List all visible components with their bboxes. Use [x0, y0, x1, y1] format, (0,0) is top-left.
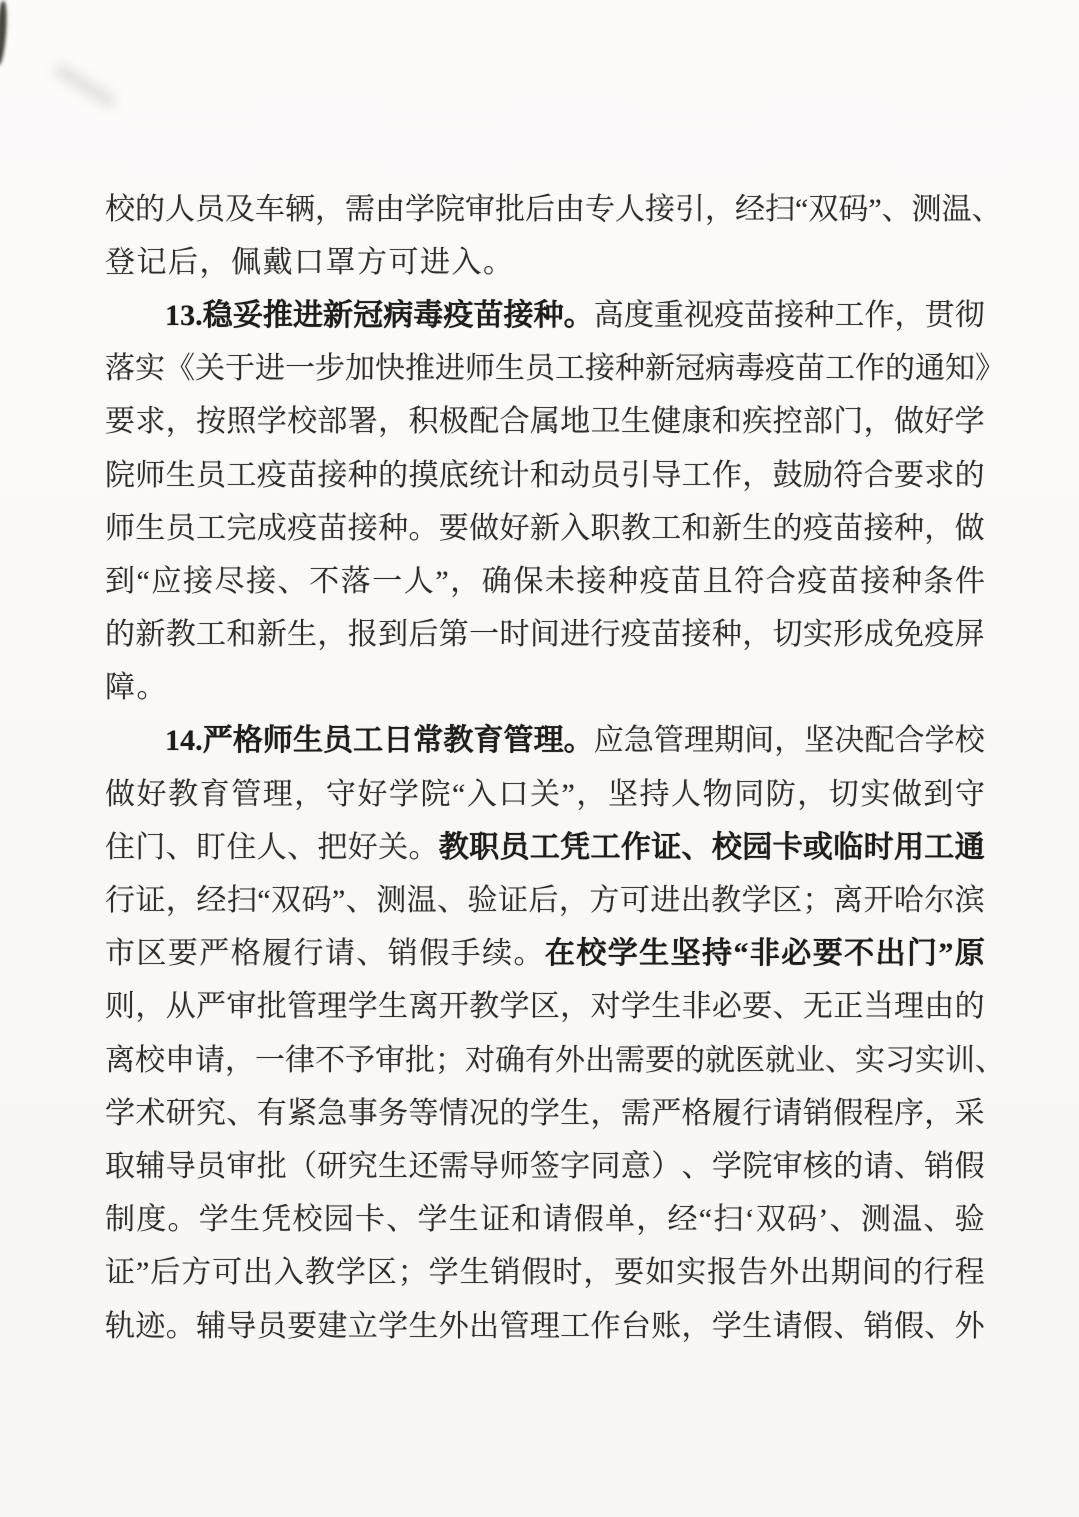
char: 、 — [682, 833, 712, 863]
char: 实 — [135, 354, 165, 384]
char: 务 — [378, 1099, 408, 1129]
char: 合 — [766, 567, 796, 597]
char: 学 — [199, 1205, 229, 1235]
char: 第 — [439, 620, 469, 650]
char: ， — [705, 195, 735, 225]
char: 行 — [294, 939, 324, 969]
char: 《 — [165, 354, 195, 384]
char: 批 — [257, 992, 287, 1022]
char: 应 — [151, 567, 181, 597]
char: 取 — [105, 1152, 135, 1182]
char: 导 — [651, 461, 681, 491]
char: 门 — [907, 939, 937, 969]
char: 严 — [196, 992, 226, 1022]
char: 研 — [166, 1099, 196, 1129]
char: 请 — [773, 1312, 803, 1342]
char: 、 — [972, 195, 1002, 225]
char: 校 — [105, 195, 135, 225]
char: 生 — [449, 1205, 479, 1235]
char: 且 — [703, 567, 733, 597]
char: 教 — [711, 886, 741, 916]
char: 同 — [734, 780, 764, 810]
char: ” — [938, 939, 953, 969]
char: 到 — [378, 620, 408, 650]
char: 管 — [504, 726, 534, 756]
char: 盯 — [196, 833, 226, 863]
char: ， — [774, 726, 804, 756]
char: 和 — [226, 620, 256, 650]
char: 后 — [408, 620, 438, 650]
char: 进 — [255, 354, 285, 384]
char: 正 — [833, 992, 863, 1022]
char: 采 — [955, 1099, 985, 1129]
char: 格 — [233, 726, 263, 756]
char: 病 — [705, 354, 735, 384]
char: 证 — [105, 1258, 135, 1288]
char: 。 — [564, 301, 594, 331]
text-line-5: 要求，按照学校部署，积极配合属地卫生健康和疾控部门，做好学 — [105, 396, 985, 449]
char: 立 — [348, 1312, 378, 1342]
char: 人 — [615, 195, 645, 225]
char: 学 — [925, 726, 955, 756]
char: 严 — [199, 939, 229, 969]
char: 销 — [864, 1312, 894, 1342]
char: 校 — [293, 1205, 323, 1235]
char: 种 — [534, 301, 564, 331]
char: 苗 — [651, 620, 681, 650]
char: 实 — [803, 620, 833, 650]
char: 情 — [439, 1099, 469, 1129]
char: 、 — [773, 992, 803, 1022]
char: 员 — [499, 833, 529, 863]
char: “ — [257, 886, 270, 916]
char: 于 — [225, 354, 255, 384]
char: 通 — [955, 833, 985, 863]
char: 需 — [621, 1099, 651, 1129]
char: 求 — [135, 407, 165, 437]
char: 、 — [975, 1046, 1005, 1076]
char: 轨 — [105, 1312, 135, 1342]
char: 疫 — [621, 620, 651, 650]
char: 理 — [263, 780, 293, 810]
char: 当 — [864, 992, 894, 1022]
char: 还 — [408, 1152, 438, 1182]
char: 进 — [560, 620, 590, 650]
char: 疫 — [765, 354, 795, 384]
char: 保 — [513, 567, 543, 597]
char: 销 — [491, 1258, 521, 1288]
char: 的 — [893, 1258, 923, 1288]
char: 佩 — [231, 248, 261, 278]
char: 、 — [833, 1312, 863, 1342]
char: 导 — [469, 1152, 499, 1182]
char: 师 — [499, 1152, 529, 1182]
text-line-8: 到“应接尽接、不落一人”，确保未接种疫苗且符合疫苗接种条件 — [105, 555, 985, 608]
char: 和 — [530, 461, 560, 491]
char: 训 — [945, 1046, 975, 1076]
char: 间 — [744, 726, 774, 756]
char: ” — [136, 1258, 149, 1288]
char: ， — [682, 1312, 712, 1342]
char: 时 — [864, 833, 894, 863]
char: 3 — [180, 301, 195, 331]
char: 员 — [166, 514, 196, 544]
char: 尽 — [215, 567, 245, 597]
text-line-14: 行证，经扫“双码”、测温、验证后，方可进出教学区；离开哈尔滨 — [105, 874, 985, 927]
char: 作 — [855, 354, 885, 384]
char: 假 — [419, 939, 449, 969]
char: 管 — [287, 992, 317, 1022]
char: 好 — [357, 780, 387, 810]
char: ， — [576, 780, 606, 810]
char: 同 — [591, 1152, 621, 1182]
char: 尔 — [924, 886, 954, 916]
char: . — [195, 301, 203, 331]
char: 要 — [894, 461, 924, 491]
char: “ — [733, 939, 748, 969]
char: 院 — [435, 195, 465, 225]
scan-artifact-edge-mark — [0, 1, 8, 65]
char: 码 — [838, 195, 868, 225]
char: 间 — [862, 1258, 892, 1288]
text-line-20: 制度。学生凭校园卡、学生证和请假单，经“扫‘双码’、测温、验 — [105, 1194, 985, 1247]
char: 配 — [864, 726, 894, 756]
char: 推 — [263, 301, 293, 331]
char: 就 — [765, 1046, 795, 1076]
char: 经 — [668, 1205, 698, 1235]
char: 接 — [576, 567, 606, 597]
char: 申 — [165, 1046, 195, 1076]
char: 。 — [408, 833, 438, 863]
char: 出 — [243, 1258, 273, 1288]
char: 守 — [326, 780, 356, 810]
char: 证 — [498, 886, 528, 916]
char: 部 — [317, 407, 347, 437]
char: “ — [795, 195, 808, 225]
char: ， — [225, 1046, 255, 1076]
char: 把 — [317, 833, 347, 863]
char: 测 — [861, 1205, 891, 1235]
char: 需 — [439, 1152, 469, 1182]
char: 动 — [560, 461, 590, 491]
char: 后 — [528, 886, 558, 916]
char: 生 — [378, 992, 408, 1022]
char: 贯 — [925, 301, 955, 331]
char: 苗 — [744, 301, 774, 331]
char: 学 — [348, 992, 378, 1022]
char: 快 — [375, 354, 405, 384]
char: 新 — [323, 301, 353, 331]
char: 推 — [405, 354, 435, 384]
char: 员 — [525, 354, 555, 384]
char: 销 — [803, 1099, 833, 1129]
char: 进 — [650, 886, 680, 916]
char: ； — [435, 1046, 465, 1076]
char: 理 — [534, 726, 564, 756]
document-page: 校的人员及车辆，需由学院审批后由专人接引，经扫“双码”、测温、登记后，佩戴口罩方… — [0, 0, 1079, 1517]
char: 温 — [942, 195, 972, 225]
char: 康 — [682, 407, 712, 437]
char: 离 — [833, 886, 863, 916]
char: 术 — [135, 1099, 165, 1129]
char: 院 — [105, 461, 135, 491]
text-line-4: 落实《关于进一步加快推进师生员工接种新冠病毒疫苗工作的通知》 — [105, 343, 985, 396]
char: 单 — [605, 1205, 635, 1235]
char: 苗 — [473, 301, 503, 331]
char: 属 — [530, 407, 560, 437]
char: 罩 — [326, 248, 356, 278]
char: 新 — [645, 354, 675, 384]
char: 园 — [324, 1205, 354, 1235]
char: 行 — [591, 620, 621, 650]
char: 统 — [469, 461, 499, 491]
char: 接 — [317, 461, 347, 491]
char: 迹 — [135, 1312, 165, 1342]
char: 可 — [620, 886, 650, 916]
char: 审 — [465, 195, 495, 225]
char: ‘ — [745, 1205, 755, 1235]
char: 配 — [469, 407, 499, 437]
char: 校 — [576, 939, 606, 969]
char: 续 — [482, 939, 512, 969]
char: 积 — [408, 407, 438, 437]
char: 合 — [864, 461, 894, 491]
text-line-18: 学术研究、有紧急事务等情况的学生，需严格履行请销假程序，采 — [105, 1087, 985, 1140]
char: 由 — [555, 195, 585, 225]
char: 、 — [894, 1152, 924, 1182]
char: 接 — [682, 620, 712, 650]
char: ， — [294, 780, 324, 810]
char: 生 — [166, 461, 196, 491]
char: 制 — [105, 1205, 135, 1235]
char: 。 — [137, 673, 167, 703]
char: 要 — [645, 1046, 675, 1076]
char: 极 — [439, 407, 469, 437]
char: 必 — [712, 992, 742, 1022]
char: 、 — [923, 1205, 953, 1235]
char: 的 — [499, 1099, 529, 1129]
char: 生 — [621, 407, 651, 437]
char: 师 — [465, 354, 495, 384]
text-line-1: 校的人员及车辆，需由学院审批后由专人接引，经扫“双码”、测温、 — [105, 183, 985, 236]
char: 疫 — [714, 301, 744, 331]
char: 假 — [574, 1205, 604, 1235]
char: 要 — [614, 1258, 644, 1288]
char: ， — [450, 567, 480, 597]
text-line-2: 登记后，佩戴口罩方可进入。 — [105, 236, 985, 289]
char: 间 — [530, 620, 560, 650]
char: 。 — [168, 1205, 198, 1235]
char: ， — [742, 620, 772, 650]
char: 合 — [895, 726, 925, 756]
char: 确 — [482, 567, 512, 597]
char: 门 — [833, 407, 863, 437]
char: 疫 — [443, 301, 473, 331]
char: 师 — [105, 514, 135, 544]
char: 教 — [168, 780, 198, 810]
char: 卡 — [773, 833, 803, 863]
char: 接 — [645, 195, 675, 225]
char: 1 — [165, 301, 180, 331]
char: 账 — [651, 1312, 681, 1342]
char: 、 — [437, 886, 467, 916]
char: 疫 — [257, 461, 287, 491]
char: 温 — [892, 1205, 922, 1235]
char: 销 — [924, 1152, 954, 1182]
char: 通 — [915, 354, 945, 384]
char: 的 — [773, 514, 803, 544]
char: 知 — [945, 354, 975, 384]
char: 实 — [676, 1258, 706, 1288]
char: 、 — [882, 195, 912, 225]
char: 符 — [734, 567, 764, 597]
char: 学 — [257, 407, 287, 437]
char: 不 — [844, 939, 874, 969]
char: 生 — [460, 1258, 490, 1288]
char: 苗 — [287, 461, 317, 491]
char: 车 — [255, 195, 285, 225]
char: ； — [803, 886, 833, 916]
char: ， — [166, 407, 196, 437]
char: 关 — [378, 833, 408, 863]
char: 对 — [591, 992, 621, 1022]
char: 求 — [924, 461, 954, 491]
char: 记 — [137, 248, 167, 278]
char: 双 — [808, 195, 838, 225]
char: 程 — [955, 1258, 985, 1288]
char: 外 — [955, 1312, 985, 1342]
char: 工 — [226, 461, 256, 491]
char: 时 — [552, 1258, 582, 1288]
char: 苗 — [671, 567, 701, 597]
char: 的 — [105, 620, 135, 650]
char: 障 — [105, 673, 135, 703]
char: 学 — [336, 1258, 366, 1288]
char: 成 — [257, 514, 287, 544]
text-line-9: 的新教工和新生，报到后第一时间进行疫苗接种，切实形成免疫屏 — [105, 609, 985, 662]
char: 。 — [513, 939, 543, 969]
char: 教 — [305, 1258, 335, 1288]
char: 要 — [742, 992, 772, 1022]
char: 冠 — [675, 354, 705, 384]
char: 部 — [803, 407, 833, 437]
char: 扫 — [765, 195, 795, 225]
char: 种 — [894, 514, 924, 544]
char: 不 — [315, 1046, 345, 1076]
char: 好 — [348, 833, 378, 863]
char: 决 — [834, 726, 864, 756]
char: 要 — [439, 514, 469, 544]
char: 妥 — [233, 301, 263, 331]
char: 在 — [545, 939, 575, 969]
char: 原 — [955, 939, 985, 969]
char: 等 — [408, 1099, 438, 1129]
char: 入 — [452, 248, 482, 278]
char: 生 — [135, 514, 165, 544]
char: 。 — [483, 248, 513, 278]
char: 严 — [203, 726, 233, 756]
char: 严 — [651, 1099, 681, 1129]
char: 实 — [855, 1046, 885, 1076]
char: 种 — [608, 567, 638, 597]
char: 生 — [560, 1099, 590, 1129]
char: 苗 — [795, 354, 825, 384]
char: 教 — [469, 992, 499, 1022]
char: 销 — [388, 939, 418, 969]
char: 学 — [955, 407, 985, 437]
char: 、 — [386, 1205, 416, 1235]
char: 疫 — [640, 567, 670, 597]
char: 离 — [105, 1046, 135, 1076]
char: 的 — [955, 992, 985, 1022]
char: 人 — [404, 567, 434, 597]
char: 假 — [803, 1312, 833, 1342]
char: 事 — [348, 1099, 378, 1129]
char: 持 — [702, 939, 732, 969]
char: 非 — [682, 992, 712, 1022]
char: 种 — [378, 514, 408, 544]
char: 出 — [469, 1312, 499, 1342]
char: 工 — [834, 301, 864, 331]
char: 生 — [651, 992, 681, 1022]
char: 外 — [769, 1258, 799, 1288]
char: ， — [583, 1258, 613, 1288]
char: 计 — [499, 461, 529, 491]
char: 需 — [345, 195, 375, 225]
char: 进 — [293, 301, 323, 331]
char: 扫 — [227, 886, 257, 916]
char: 做 — [894, 407, 924, 437]
char: 门 — [135, 833, 165, 863]
char: 由 — [924, 992, 954, 1022]
char: 批 — [405, 1046, 435, 1076]
char: 双 — [271, 886, 301, 916]
char: 辅 — [196, 1312, 226, 1342]
char: 校 — [135, 1046, 165, 1076]
char: 生 — [378, 1152, 408, 1182]
char: 理 — [684, 726, 714, 756]
char: 行 — [924, 1258, 954, 1288]
char: 步 — [315, 354, 345, 384]
char: 从 — [166, 992, 196, 1022]
char: 学 — [389, 780, 419, 810]
char: 假 — [833, 1099, 863, 1129]
char: 加 — [345, 354, 375, 384]
char: 则 — [105, 992, 135, 1022]
char: 字 — [560, 1152, 590, 1182]
char: 条 — [923, 567, 953, 597]
char: 新 — [530, 514, 560, 544]
char: 工 — [682, 461, 712, 491]
char: 接 — [348, 514, 378, 544]
char: 非 — [750, 939, 780, 969]
char: ， — [924, 1099, 954, 1129]
char: 必 — [781, 939, 811, 969]
char: 苗 — [829, 567, 859, 597]
char: 码 — [787, 1205, 817, 1235]
char: 外 — [555, 1046, 585, 1076]
char: 工 — [196, 514, 226, 544]
char: 用 — [894, 833, 924, 863]
char: 的 — [378, 461, 408, 491]
char: 到 — [923, 780, 953, 810]
char: 底 — [439, 461, 469, 491]
char: 无 — [803, 992, 833, 1022]
char: 请 — [773, 1099, 803, 1129]
char: 导 — [226, 1312, 256, 1342]
char: 、 — [346, 886, 376, 916]
char: 律 — [285, 1046, 315, 1076]
